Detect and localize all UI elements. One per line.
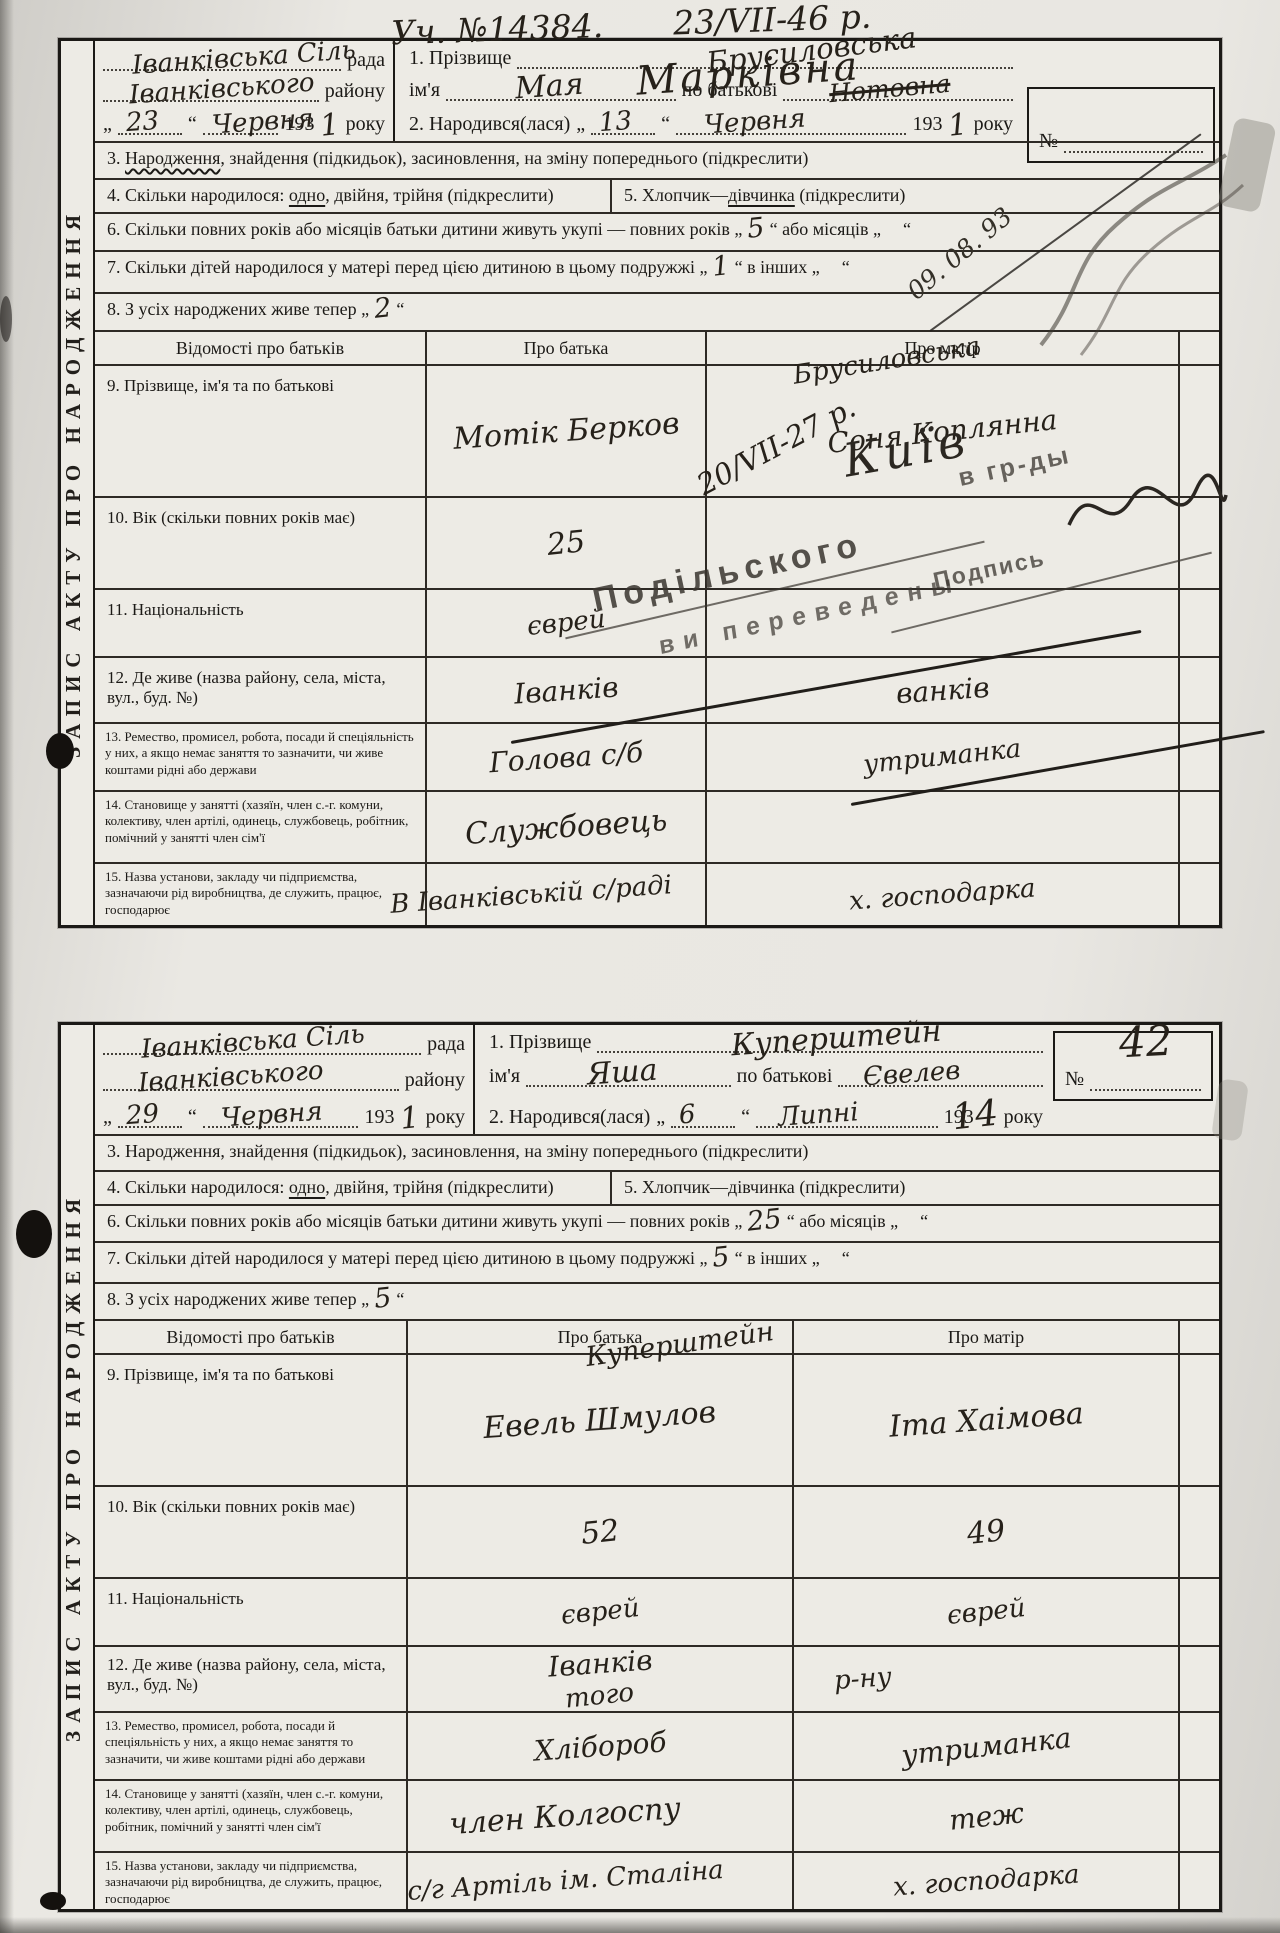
record-day-blank: 29: [118, 1106, 182, 1128]
council-name-value: Іванківська Сіль: [140, 1021, 365, 1064]
row-14-mother-cell: [707, 792, 1180, 862]
paper-hole: [46, 733, 74, 769]
born-label: 2. Народився(лася): [409, 114, 570, 135]
row-15-father-cell: В Іванківській с/раді: [427, 864, 707, 925]
row-9-spare-cell: [1180, 1355, 1219, 1485]
patronymic-blank: Євелев: [838, 1065, 1043, 1087]
row-15-mother-cell: х. господарка: [794, 1853, 1180, 1909]
field-5-text: (підкреслити): [795, 185, 906, 205]
council-label: рада: [427, 1034, 465, 1055]
field-7-other-value: [825, 1265, 837, 1266]
field-3-text: , знайдення (підкидьок), засиновлення, н…: [220, 1141, 808, 1161]
form2-header: Іванківська Сіль рада Іванківського райо…: [95, 1025, 1219, 1134]
father-nationality-value: єврей: [559, 1593, 640, 1631]
father-name-value: Мотік Берков: [452, 406, 681, 457]
field-4-how-many-born: 4. Скільки народилося: одно, двійня, трі…: [95, 1172, 612, 1203]
stamp-text-fragment: в гр-ды: [956, 441, 1074, 493]
field-3-text: 3.: [107, 148, 125, 168]
father-status-value: член Колгоспу: [448, 1791, 682, 1842]
record-day-blank: 23: [118, 113, 182, 135]
field-5-text: 5. Хлопчик—: [624, 185, 728, 205]
field-3-text: 3.: [107, 1141, 125, 1161]
year-label: року: [974, 114, 1013, 135]
row-14-label: 14. Становище у занятті (хазяїн, член с.…: [95, 1781, 408, 1851]
field-4-text: 4. Скільки народилося:: [107, 185, 289, 205]
field-6-years-value: 5: [747, 220, 766, 238]
field-7-value: 5: [712, 1249, 731, 1267]
row-11-mother-cell: єврей: [794, 1579, 1180, 1645]
parents-table: Відомості про батьків Про батька Про мат…: [95, 1319, 1219, 1909]
header-info-about-parents: Відомості про батьків: [95, 332, 427, 364]
mother-status-value: теж: [947, 1796, 1025, 1837]
field-7-text: “: [842, 257, 850, 277]
date-annotation-1946: 23/VII-46 р.: [672, 0, 872, 43]
field-8-value: 5: [374, 1290, 393, 1308]
number-blank: [1090, 1075, 1201, 1091]
field-7-text: “ в інших „: [735, 257, 820, 277]
row-10-label: 10. Вік (скільки повних років має): [95, 498, 427, 588]
row-15-institution: 15. Назва установи, закладу чи підприємс…: [95, 1851, 1219, 1909]
record-year-digit: 1: [400, 1106, 421, 1132]
record-day-value: 29: [125, 1101, 160, 1131]
row-14-label: 14. Становище у занятті (хазяїн, член с.…: [95, 792, 427, 862]
field-5-text: 5. Хлопчик—: [624, 1177, 728, 1197]
name-label: ім'я: [489, 1066, 520, 1087]
form-side-title: ЗАПИС АКТУ ПРО НАРОДЖЕННЯ: [61, 1192, 93, 1742]
row-14-father-cell: Службовець: [427, 792, 707, 862]
birth-date-line: 2. Народився(лася) „ 13 “ Червня 1931 ро…: [409, 111, 1013, 135]
born-month-value: Липні: [777, 1099, 859, 1132]
field-4-how-many-born: 4. Скільки народилося: одно, двійня, трі…: [95, 180, 612, 212]
field-6-text: “ або місяців „: [770, 219, 881, 239]
birth-date-line: 2. Народився(лася) „ 6 “ Липні 19314 рок…: [489, 1099, 1043, 1128]
field-8-text: 8. З усіх народжених живе тепер „: [107, 1289, 369, 1309]
name-value: Яша: [586, 1054, 659, 1090]
field-6-years-value: 25: [747, 1211, 783, 1231]
mother-institution-value: х. господарка: [848, 873, 1036, 916]
paper-hole: [40, 1892, 66, 1910]
row-10-mother-cell: 49: [794, 1487, 1180, 1577]
patronymic-value: Євелев: [862, 1057, 961, 1091]
field-8-text: “: [396, 299, 404, 319]
surname-value: Куперштейн: [730, 1015, 942, 1061]
row-13-father-cell: Хлібороб: [408, 1713, 794, 1779]
row-11-nationality: 11. Національність єврей єврей: [95, 1577, 1219, 1645]
fields-4-5: 4. Скільки народилося: одно, двійня, трі…: [95, 1170, 1219, 1203]
district-blank: Іванківського: [103, 80, 319, 102]
row-10-father-cell: 52: [408, 1487, 794, 1577]
field-8-value: 2: [374, 300, 393, 318]
row-11-label: 11. Національність: [95, 590, 427, 656]
residence-same-district: того: [564, 1678, 636, 1715]
field-7-text: 7. Скільки дітей народилося у матері пер…: [107, 257, 707, 277]
mother-occupation-value: утриманка: [899, 1721, 1072, 1772]
row-12-spare-cell: [1180, 1647, 1219, 1711]
form2-content: Іванківська Сіль рада Іванківського райо…: [93, 1025, 1219, 1909]
number-label: №: [1065, 1068, 1084, 1091]
row-14-mother-cell: теж: [794, 1781, 1180, 1851]
paper-edge-mark: [0, 296, 12, 342]
row-9-mother-cell: Іта Хаімова: [794, 1355, 1180, 1485]
father-institution-value: с/г Артіль ім. Сталіна: [406, 1855, 724, 1907]
row-12-spare-cell: [1180, 658, 1219, 722]
father-occupation-value: Хлібороб: [533, 1725, 668, 1767]
birth-record-form-1: ЗАПИС АКТУ ПРО НАРОДЖЕННЯ Іванківська Сі…: [58, 38, 1222, 928]
record-day-value: 23: [125, 108, 160, 138]
signature-scrawl: [1061, 465, 1231, 555]
row-14-employment-status: 14. Становище у занятті (хазяїн, член с.…: [95, 1779, 1219, 1851]
field-6-text: “: [903, 219, 911, 239]
row-14-employment-status: 14. Становище у занятті (хазяїн, член с.…: [95, 790, 1219, 862]
row-13-spare-cell: [1180, 1713, 1219, 1779]
father-status-value: Службовець: [464, 802, 668, 851]
mother-age-value: 49: [965, 1513, 1007, 1552]
row-15-spare-cell: [1180, 864, 1219, 925]
council-line: Іванківська Сіль рада: [103, 49, 385, 71]
row-11-father-cell: єврей: [408, 1579, 794, 1645]
quote-close: “: [188, 1107, 197, 1128]
field-5-boy-girl: 5. Хлопчик—дівчинка (підкреслити): [612, 1172, 1219, 1203]
quote-open: „: [103, 114, 112, 135]
field-7-text: 7. Скільки дітей народилося у матері пер…: [107, 1248, 707, 1268]
row-10-label: 10. Вік (скільки повних років має): [95, 1487, 408, 1577]
father-residence-value: Іванків: [547, 1644, 654, 1684]
row-12-label-na: 12. Де живе (назва району, села, міста, …: [95, 1647, 408, 1711]
row-13-mother-cell: утриманка: [794, 1713, 1180, 1779]
record-month-value: Червня: [211, 105, 314, 139]
field-3-birth-type: 3. Народження, знайдення (підкидьок), за…: [95, 1134, 1219, 1170]
born-day-value: 13: [598, 108, 633, 138]
field-8-text: 8. З усіх народжених живе тепер „: [107, 299, 369, 319]
born-month-value: Червня: [703, 105, 806, 139]
father-name-value: Евель Шмулов: [482, 1395, 717, 1446]
council-name-blank: Іванківська Сіль: [103, 1033, 421, 1055]
district-line: Іванківського району: [103, 80, 385, 102]
row-9-label: 9. Прізвище, ім'я та по батькові: [95, 366, 427, 496]
field-8-living-children: 8. З усіх народжених живе тепер „5“: [95, 1282, 1219, 1319]
row-15-father-cell: с/г Артіль ім. Сталіна: [408, 1853, 794, 1909]
row-13-occupation: 13. Ремество, промисел, робота, посади й…: [95, 1711, 1219, 1779]
row-12-mother-cell: р-ну: [794, 1647, 1180, 1711]
field-6-text: 6. Скільки повних років або місяців бать…: [107, 1211, 742, 1231]
record-date-line: „ 23 “ Червня 1931 року: [103, 111, 385, 135]
father-institution-value: В Іванківській с/раді: [389, 870, 673, 920]
field-7-value: 1: [712, 258, 731, 276]
field-6-text: “: [920, 1211, 928, 1231]
born-month-blank: Липні: [756, 1106, 938, 1128]
row-11-label: 11. Національність: [95, 1579, 408, 1645]
field-7-previous-children: 7. Скільки дітей народилося у матері пер…: [95, 1241, 1219, 1282]
row-12-father-cell: Іванків того: [408, 1647, 794, 1711]
row-15-mother-cell: х. господарка: [707, 864, 1180, 925]
born-year-overwrite: 14: [951, 1100, 1000, 1133]
record-number-box: № 42: [1053, 1031, 1213, 1101]
name-blank: Яша: [526, 1065, 731, 1087]
field-4-underlined: одно: [289, 185, 325, 205]
record-month-value: Червня: [221, 1098, 324, 1132]
year-label: року: [1004, 1107, 1043, 1128]
row-9-parent-names: 9. Прізвище, ім'я та по батькові Купершт…: [95, 1353, 1219, 1485]
quote-open: „: [656, 1107, 665, 1128]
name-value: Мая: [514, 68, 584, 104]
field-6-text: 6. Скільки повних років або місяців бать…: [107, 219, 742, 239]
mother-name-value: Іта Хаімова: [888, 1396, 1085, 1445]
record-month-blank: Червня: [203, 1106, 359, 1128]
field-7-other-value: [825, 274, 837, 275]
council-line: Іванківська Сіль рада: [103, 1033, 465, 1055]
row-13-label: 13. Ремество, промисел, робота, посади й…: [95, 724, 427, 790]
field-4-text: , двійня, трійня (підкреслити): [325, 185, 553, 205]
quote-close: “: [188, 114, 197, 135]
record-date-line: „ 29 “ Червня 1931 року: [103, 1104, 465, 1128]
mother-residence-value: р-ну: [833, 1662, 893, 1696]
record-month-blank: Червня: [203, 113, 279, 135]
birth-record-form-2: ЗАПИС АКТУ ПРО НАРОДЖЕННЯ Іванківська Сі…: [58, 1022, 1222, 1912]
row-14-spare-cell: [1180, 1781, 1219, 1851]
field-6-years-together: 6. Скільки повних років або місяців бать…: [95, 1204, 1219, 1241]
row-13-label: 13. Ремество, промисел, робота, посади й…: [95, 1713, 408, 1779]
year-label: року: [346, 114, 385, 135]
field-5-underlined: дівчинка: [728, 185, 795, 205]
surname-label: 1. Прізвище: [489, 1032, 591, 1053]
district-blank: Іванківського: [103, 1069, 399, 1091]
name-label: ім'я: [409, 80, 440, 101]
quote-close: “: [741, 1107, 750, 1128]
surname-line: 1. Прізвище Куперштейн: [489, 1031, 1043, 1053]
name-line: ім'я Яша по батькові Євелев: [489, 1065, 1043, 1087]
header-about-mother: Про матір: [794, 1321, 1180, 1353]
header-about-father: Про батька: [427, 332, 707, 364]
district-value: Іванківського: [138, 1058, 325, 1098]
printed-year: 193: [364, 1107, 394, 1128]
case-number-annotation: Уч. №14384.: [390, 6, 603, 52]
field-5-word: дівчинка: [728, 1177, 795, 1197]
born-month-blank: Червня: [676, 113, 906, 135]
surname-blank: Куперштейн: [597, 1031, 1043, 1053]
born-year-digit: 1: [948, 113, 969, 139]
row-15-institution: 15. Назва установи, закладу чи підприємс…: [95, 862, 1219, 925]
row-10-spare-cell: [1180, 1487, 1219, 1577]
form-side-title: ЗАПИС АКТУ ПРО НАРОДЖЕННЯ: [61, 208, 93, 758]
field-5-text: (підкреслити): [795, 1177, 906, 1197]
district-label: району: [405, 1070, 465, 1091]
form2-council-block: Іванківська Сіль рада Іванківського райо…: [95, 1025, 475, 1134]
row-9-father-cell: Куперштейн Евель Шмулов: [408, 1355, 794, 1485]
scanned-birth-register-page: ЗАПИС АКТУ ПРО НАРОДЖЕННЯ Іванківська Сі…: [0, 0, 1280, 1933]
printed-year: 193: [912, 114, 942, 135]
row-9-father-cell: Мотік Берков: [427, 366, 707, 496]
field-7-text: “ в інших „: [735, 1248, 820, 1268]
row-15-label: 15. Назва установи, закладу чи підприємс…: [95, 1853, 408, 1909]
mother-nationality-value: єврей: [945, 1593, 1026, 1631]
record-year-digit: 1: [320, 113, 341, 139]
born-day-value: 6: [678, 1101, 696, 1129]
pencil-scrawl: [1021, 145, 1251, 375]
number-value: 42: [1118, 1016, 1174, 1068]
district-label: району: [325, 81, 385, 102]
year-label: року: [426, 1107, 465, 1128]
born-day-blank: 6: [671, 1106, 735, 1128]
row-13-spare-cell: [1180, 724, 1219, 790]
father-age-value: 52: [579, 1513, 621, 1552]
stamp-signature-label: Подпись: [931, 544, 1048, 594]
row-15-spare-cell: [1180, 1853, 1219, 1909]
field-3-underlined: Народження: [125, 148, 220, 168]
district-line: Іванківського району: [103, 1069, 465, 1091]
field-6-text: “ або місяців „: [787, 1211, 898, 1231]
mother-institution-value: х. господарка: [892, 1860, 1080, 1903]
field-6-months-value: [903, 1228, 915, 1229]
field-4-text: 4. Скільки народилося:: [107, 1177, 289, 1197]
born-label: 2. Народився(лася): [489, 1107, 650, 1128]
row-15-label: 15. Назва установи, закладу чи підприємс…: [95, 864, 427, 925]
field-4-underlined: одно: [289, 1177, 325, 1197]
field-7-text: “: [842, 1248, 850, 1268]
row-11-spare-cell: [1180, 1579, 1219, 1645]
field-8-text: “: [396, 1289, 404, 1309]
header-info-about-parents: Відомості про батьків: [95, 1321, 408, 1353]
form1-council-block: Іванківська Сіль рада Іванківського райо…: [95, 41, 395, 141]
quote-close: “: [661, 114, 670, 135]
header-spare-column: [1180, 1321, 1219, 1353]
field-3-word: Народження: [125, 1141, 220, 1161]
row-12-label: 12. Де живе (назва району, села, міста, …: [95, 658, 427, 722]
born-day-blank: 13: [591, 113, 655, 135]
row-14-father-cell: член Колгоспу: [408, 1781, 794, 1851]
row-10-age: 10. Вік (скільки повних років має) 52 49: [95, 1485, 1219, 1577]
row-9-label: 9. Прізвище, ім'я та по батькові: [95, 1355, 408, 1485]
row-12-residence: 12. Де живе (назва району, села, міста, …: [95, 1645, 1219, 1711]
row-14-spare-cell: [1180, 792, 1219, 862]
field-6-months-value: [886, 236, 898, 237]
field-4-text: , двійня, трійня (підкреслити): [325, 1177, 553, 1197]
quote-open: „: [576, 114, 585, 135]
field-3-text: , знайдення (підкидьок), засиновлення, н…: [220, 148, 808, 168]
mother-occupation-value: утриманка: [862, 734, 1023, 780]
quote-open: „: [103, 1107, 112, 1128]
paper-hole: [16, 1210, 52, 1258]
patronymic-label: по батькові: [737, 1066, 833, 1087]
